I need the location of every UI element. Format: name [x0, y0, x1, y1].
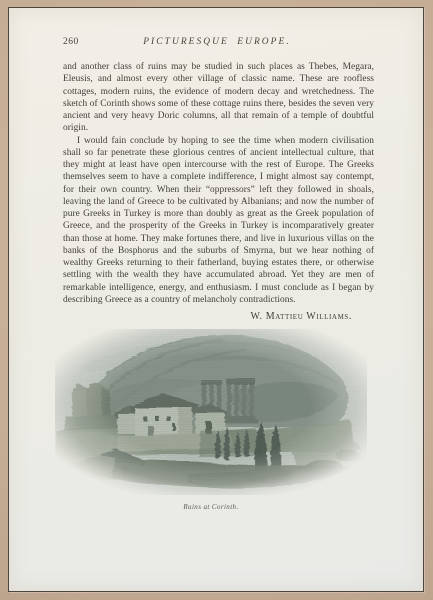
paragraph-2: I would fain conclude by hoping to see t… — [63, 135, 374, 307]
photo-background: 260 PICTURESQUE EUROPE. and another clas… — [0, 0, 433, 600]
engraving-ruins-at-corinth-icon — [55, 329, 367, 495]
engraving-caption: Ruins at Corinth. — [55, 503, 367, 511]
book-page: 260 PICTURESQUE EUROPE. and another clas… — [8, 7, 424, 592]
author-signature: W. Mattieu Williams. — [63, 311, 374, 322]
page-number: 260 — [63, 37, 79, 47]
page-header: 260 PICTURESQUE EUROPE. — [63, 37, 371, 50]
figure-engraving: Ruins at Corinth. — [55, 329, 367, 511]
running-head: PICTURESQUE EUROPE. — [63, 37, 371, 47]
paragraph-1: and another class of ruins may be studie… — [63, 61, 374, 135]
article-text: and another class of ruins may be studie… — [63, 61, 374, 306]
